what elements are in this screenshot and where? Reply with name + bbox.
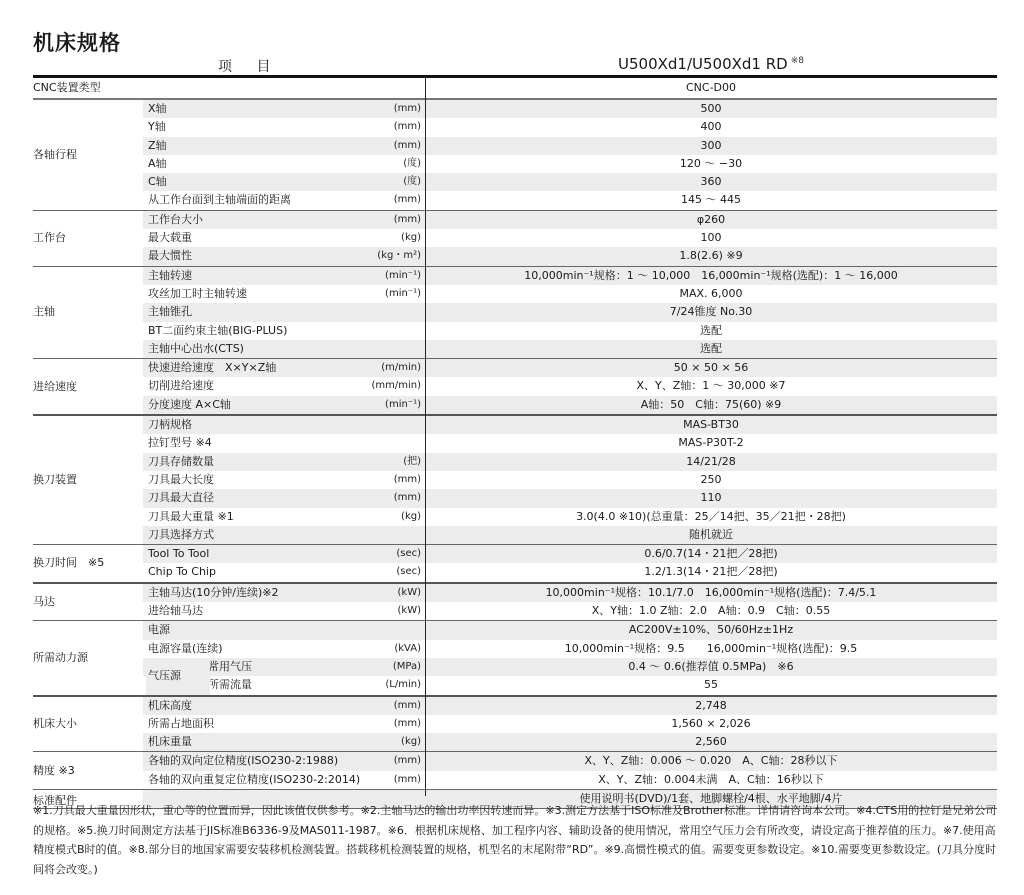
spec-table: CNC装置类型 CNC-D00 X轴(mm)500Y轴(mm)400Z轴(mm)… — [33, 78, 997, 809]
group-label: 精度 ※3 — [33, 762, 75, 778]
group-label: 工作台 — [33, 229, 66, 245]
spec-item: 机床高度 — [148, 697, 192, 715]
table-row: 攻丝加工时主轴转速(min⁻¹)MAX. 6,000 — [33, 285, 997, 303]
spec-unit: (mm) — [394, 137, 421, 155]
spec-value: 250 — [425, 471, 997, 489]
spec-group: 机床高度(mm)2,748所需占地面积(mm)1,560 × 2,026机床重量… — [33, 697, 997, 753]
group-label: 换刀装置 — [33, 471, 77, 487]
table-row: 电源AC200V±10%、50/60Hz±1Hz — [33, 621, 997, 639]
table-row: X轴(mm)500 — [33, 100, 997, 118]
spec-unit: (mm) — [394, 191, 421, 209]
spec-unit: (mm) — [394, 715, 421, 733]
spec-group: X轴(mm)500Y轴(mm)400Z轴(mm)300A轴(度)120 ～ −3… — [33, 100, 997, 211]
table-row: 主轴锥孔7/24锥度 No.30 — [33, 303, 997, 321]
spec-item: C轴 — [148, 173, 167, 191]
spec-item: BT二面约束主轴(BIG-PLUS) — [148, 322, 287, 340]
table-row: 刀具最大长度(mm)250 — [33, 471, 997, 489]
spec-value: MAX. 6,000 — [425, 285, 997, 303]
spec-value: 120 ～ −30 — [425, 155, 997, 173]
spec-value: MAS-P30T-2 — [425, 434, 997, 452]
spec-item: 各轴的双向重复定位精度(ISO230-2:2014) — [148, 771, 360, 789]
cnc-value: CNC-D00 — [425, 78, 997, 98]
spec-value: MAS-BT30 — [425, 416, 997, 434]
table-row: 各轴的双向重复定位精度(ISO230-2:2014)(mm)X、Y、Z轴：0.0… — [33, 771, 997, 789]
spec-unit: (kW) — [398, 602, 421, 620]
spec-item: 电源 — [148, 621, 170, 639]
table-row: 刀具最大重量 ※1(kg)3.0(4.0 ※10)(总重量：25／14把、35／… — [33, 508, 997, 526]
spec-group: 刀柄规格MAS-BT30拉钉型号 ※4MAS-P30T-2刀具存储数量(把)14… — [33, 416, 997, 545]
spec-unit: (kg) — [401, 508, 421, 526]
spec-value: X、Y轴：1.0 Z轴：2.0 A轴：0.9 C轴：0.55 — [425, 602, 997, 620]
spec-unit: (mm) — [394, 752, 421, 770]
table-row: 刀柄规格MAS-BT30 — [33, 416, 997, 434]
spec-group: 各轴的双向定位精度(ISO230-2:1988)(mm)X、Y、Z轴：0.006… — [33, 752, 997, 790]
table-row: 刀具最大直径(mm)110 — [33, 489, 997, 507]
spec-unit: (mm) — [394, 697, 421, 715]
spec-item: 刀具最大重量 ※1 — [148, 508, 234, 526]
spec-item: 刀柄规格 — [148, 416, 192, 434]
spec-unit: (sec) — [396, 563, 421, 581]
spec-unit: (MPa) — [393, 658, 421, 676]
spec-unit: (mm) — [394, 771, 421, 789]
table-row: 分度速度 A×C轴(min⁻¹)A轴：50 C轴：75(60) ※9 — [33, 396, 997, 414]
cnc-label: CNC装置类型 — [33, 78, 101, 98]
spec-value: 500 — [425, 100, 997, 118]
spec-value: 110 — [425, 489, 997, 507]
spec-unit: (mm) — [394, 118, 421, 136]
spec-item: 各轴的双向定位精度(ISO230-2:1988) — [148, 752, 338, 770]
spec-item: 最大载重 — [148, 229, 192, 247]
spec-item: 主轴转速 — [148, 267, 192, 285]
spec-value: X、Y、Z轴：1 ～ 30,000 ※7 — [425, 377, 997, 395]
spec-value: 10,000min⁻¹规格：9.5 16,000min⁻¹规格(选配)：9.5 — [425, 640, 997, 658]
table-row: 机床高度(mm)2,748 — [33, 697, 997, 715]
spec-item: 机床重量 — [148, 733, 192, 751]
spec-value: 50 × 50 × 56 — [425, 359, 997, 377]
spec-value: AC200V±10%、50/60Hz±1Hz — [425, 621, 997, 639]
spec-item: 刀具最大直径 — [148, 489, 214, 507]
spec-unit: (min⁻¹) — [385, 267, 421, 285]
model-name: U500Xd1/U500Xd1 RD — [618, 55, 788, 73]
model-note: ※8 — [791, 56, 804, 66]
spec-group: 主轴马达(10分钟/连续)※2(kW)10,000min⁻¹规格：10.1/7.… — [33, 584, 997, 622]
group-label: 换刀时间 ※5 — [33, 554, 104, 570]
spec-item: 分度速度 A×C轴 — [148, 396, 231, 414]
spec-value: 0.6/0.7(14・21把／28把) — [425, 545, 997, 563]
spec-unit: (kg・m²) — [377, 247, 421, 265]
spec-item: Z轴 — [148, 137, 167, 155]
spec-unit: (度) — [403, 173, 421, 191]
spec-group: 工作台大小(mm)φ260最大载重(kg)100最大惯性(kg・m²)1.8(2… — [33, 211, 997, 267]
table-row: 电源容量(连续)(kVA)10,000min⁻¹规格：9.5 16,000min… — [33, 640, 997, 658]
spec-value: 400 — [425, 118, 997, 136]
group-label: 机床大小 — [33, 715, 77, 731]
spec-unit: (kW) — [398, 584, 421, 602]
spec-unit: (min⁻¹) — [385, 285, 421, 303]
spec-value: 0.4 ～ 0.6(推荐值 0.5MPa) ※6 — [425, 658, 997, 676]
group-label: 进给速度 — [33, 378, 77, 394]
spec-unit: (sec) — [396, 545, 421, 563]
table-row: 机床重量(kg)2,560 — [33, 733, 997, 751]
spec-item: A轴 — [148, 155, 167, 173]
spec-item: 从工作台面到主轴端面的距离 — [148, 191, 291, 209]
spec-item: 所需占地面积 — [148, 715, 214, 733]
group-label: 各轴行程 — [33, 146, 77, 162]
spec-value: 1,560 × 2,026 — [425, 715, 997, 733]
table-row: 刀具存储数量(把)14/21/28 — [33, 453, 997, 471]
spec-value: φ260 — [425, 211, 997, 229]
spec-unit: (mm) — [394, 211, 421, 229]
spec-item: 刀具存储数量 — [148, 453, 214, 471]
spec-value: X、Y、Z轴：0.004未满 A、C轴：16秒以下 — [425, 771, 997, 789]
spec-item: 主轴锥孔 — [148, 303, 192, 321]
table-row: 快速进给速度 X×Y×Z轴(m/min)50 × 50 × 56 — [33, 359, 997, 377]
table-row: 最大载重(kg)100 — [33, 229, 997, 247]
spec-unit: (度) — [403, 155, 421, 173]
spec-value: 10,000min⁻¹规格：1 ～ 10,000 16,000min⁻¹规格(选… — [425, 267, 997, 285]
spec-item: 攻丝加工时主轴转速 — [148, 285, 247, 303]
table-row: 从工作台面到主轴端面的距离(mm)145 ～ 445 — [33, 191, 997, 209]
spec-item: 电源容量(连续) — [148, 640, 223, 658]
spec-item: 拉钉型号 ※4 — [148, 434, 212, 452]
table-row: 所需占地面积(mm)1,560 × 2,026 — [33, 715, 997, 733]
spec-value: 145 ～ 445 — [425, 191, 997, 209]
table-row: 最大惯性(kg・m²)1.8(2.6) ※9 — [33, 247, 997, 265]
table-row: Tool To Tool(sec)0.6/0.7(14・21把／28把) — [33, 545, 997, 563]
spec-item: X轴 — [148, 100, 167, 118]
spec-group: 电源AC200V±10%、50/60Hz±1Hz电源容量(连续)(kVA)10,… — [33, 621, 997, 696]
spec-value: 选配 — [425, 340, 997, 358]
footnotes: ※1.刀具最大重量因形状，重心等的位置而异，因此该值仅供参考。※2.主轴马达的输… — [33, 801, 1003, 879]
table-row: 工作台大小(mm)φ260 — [33, 211, 997, 229]
table-row: BT二面约束主轴(BIG-PLUS)选配 — [33, 322, 997, 340]
header-model: U500Xd1/U500Xd1 RD※8 — [425, 55, 997, 73]
table-row: 主轴中心出水(CTS)选配 — [33, 340, 997, 358]
spec-value: 14/21/28 — [425, 453, 997, 471]
spec-value: 7/24锥度 No.30 — [425, 303, 997, 321]
spec-group: 主轴转速(min⁻¹)10,000min⁻¹规格：1 ～ 10,000 16,0… — [33, 267, 997, 360]
spec-value: 选配 — [425, 322, 997, 340]
table-row: Z轴(mm)300 — [33, 137, 997, 155]
table-row: Y轴(mm)400 — [33, 118, 997, 136]
spec-group: 快速进给速度 X×Y×Z轴(m/min)50 × 50 × 56切削进给速度(m… — [33, 359, 997, 416]
air-source-label: 气压源 — [146, 658, 210, 695]
column-divider — [425, 78, 426, 796]
spec-item: Tool To Tool — [148, 545, 209, 563]
spec-unit: (mm) — [394, 471, 421, 489]
spec-item: 工作台大小 — [148, 211, 203, 229]
spec-unit: (把) — [403, 453, 421, 471]
spec-value: 360 — [425, 173, 997, 191]
spec-value: A轴：50 C轴：75(60) ※9 — [425, 396, 997, 414]
spec-value: 2,748 — [425, 697, 997, 715]
spec-item: 刀具最大长度 — [148, 471, 214, 489]
spec-unit: (mm) — [394, 100, 421, 118]
spec-value: 10,000min⁻¹规格：10.1/7.0 16,000min⁻¹规格(选配)… — [425, 584, 997, 602]
cnc-row: CNC装置类型 CNC-D00 — [33, 78, 997, 100]
group-label: 所需动力源 — [33, 649, 88, 665]
spec-item: 进给轴马达 — [148, 602, 203, 620]
spec-value: 1.2/1.3(14・21把／28把) — [425, 563, 997, 581]
spec-unit: (mm/min) — [371, 377, 421, 395]
spec-item: 所需流量 — [208, 676, 252, 694]
spec-unit: (kg) — [401, 229, 421, 247]
spec-item: Y轴 — [148, 118, 166, 136]
spec-item: 快速进给速度 X×Y×Z轴 — [148, 359, 276, 377]
spec-unit: (L/min) — [385, 676, 421, 694]
table-row: 拉钉型号 ※4MAS-P30T-2 — [33, 434, 997, 452]
table-row: 主轴转速(min⁻¹)10,000min⁻¹规格：1 ～ 10,000 16,0… — [33, 267, 997, 285]
spec-item: 常用气压 — [208, 658, 252, 676]
spec-item: 刀具选择方式 — [148, 526, 214, 544]
spec-item: 最大惯性 — [148, 247, 192, 265]
spec-unit: (kVA) — [394, 640, 421, 658]
table-row: 刀具选择方式随机就近 — [33, 526, 997, 544]
table-row: A轴(度)120 ～ −30 — [33, 155, 997, 173]
spec-item: Chip To Chip — [148, 563, 216, 581]
spec-value: 300 — [425, 137, 997, 155]
group-label: 主轴 — [33, 303, 55, 319]
table-row: C轴(度)360 — [33, 173, 997, 191]
table-row: 切削进给速度(mm/min)X、Y、Z轴：1 ～ 30,000 ※7 — [33, 377, 997, 395]
spec-unit: (min⁻¹) — [385, 396, 421, 414]
spec-item: 主轴中心出水(CTS) — [148, 340, 244, 358]
spec-value: 3.0(4.0 ※10)(总重量：25／14把、35／21把・28把) — [425, 508, 997, 526]
spec-unit: (m/min) — [381, 359, 421, 377]
spec-item: 主轴马达(10分钟/连续)※2 — [148, 584, 279, 602]
spec-value: X、Y、Z轴：0.006 ～ 0.020 A、C轴：28秒以下 — [425, 752, 997, 770]
spec-value: 100 — [425, 229, 997, 247]
spec-value: 随机就近 — [425, 526, 997, 544]
spec-value: 55 — [425, 676, 997, 694]
spec-unit: (mm) — [394, 489, 421, 507]
header-item-label: 项 目 — [218, 56, 280, 76]
page-title: 机床规格 — [33, 27, 121, 57]
table-row: 进给轴马达(kW)X、Y轴：1.0 Z轴：2.0 A轴：0.9 C轴：0.55 — [33, 602, 997, 620]
table-row: Chip To Chip(sec)1.2/1.3(14・21把／28把) — [33, 563, 997, 581]
group-label: 马达 — [33, 593, 55, 609]
spec-item: 切削进给速度 — [148, 377, 214, 395]
spec-value: 1.8(2.6) ※9 — [425, 247, 997, 265]
table-row: 各轴的双向定位精度(ISO230-2:1988)(mm)X、Y、Z轴：0.006… — [33, 752, 997, 770]
table-row: 主轴马达(10分钟/连续)※2(kW)10,000min⁻¹规格：10.1/7.… — [33, 584, 997, 602]
spec-value: 2,560 — [425, 733, 997, 751]
spec-group: Tool To Tool(sec)0.6/0.7(14・21把／28把)Chip… — [33, 545, 997, 584]
spec-unit: (kg) — [401, 733, 421, 751]
